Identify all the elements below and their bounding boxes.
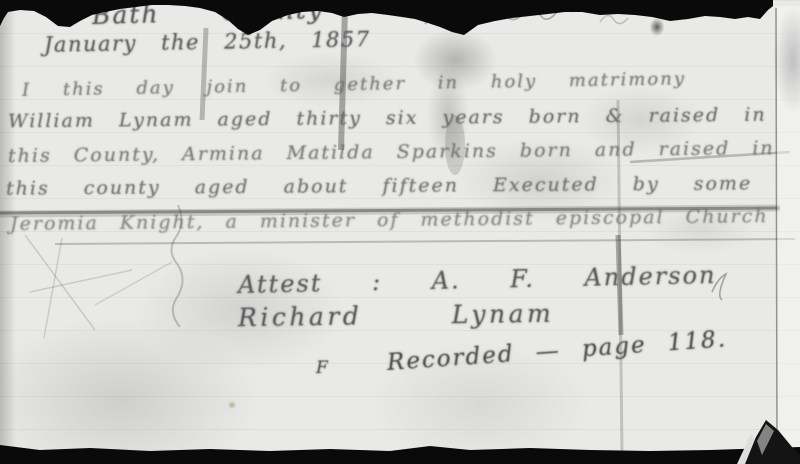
handwriting-layer: Bath County January the 25th, 1857 I thi… xyxy=(0,0,800,464)
handwritten-line-body-2-groom: William Lynam aged thirty six years born… xyxy=(8,104,767,133)
handwritten-line-date: January the 25th, 1857 xyxy=(44,27,371,57)
handwritten-line-body-1: I this day join to gether in holy matrim… xyxy=(22,68,686,101)
handwritten-line-body-4: this county aged about fifteen Executed … xyxy=(6,172,752,199)
handwritten-line-county: Bath County xyxy=(92,0,325,30)
handwritten-line-attest: Attest : A. F. Anderson xyxy=(238,261,717,299)
handwritten-line-body-5-minister: Jeromia Knight, a minister of methodist … xyxy=(10,205,769,235)
handwritten-line-body-3-bride: this County, Armina Matilda Sparkins bor… xyxy=(8,137,775,167)
handwritten-line-signature: Richard Lynam xyxy=(238,299,555,332)
photo-frame: Bath County January the 25th, 1857 I thi… xyxy=(0,0,800,464)
recorded-mark: F xyxy=(316,358,328,378)
handwritten-line-recorded: Recorded — page 118. xyxy=(386,326,728,376)
